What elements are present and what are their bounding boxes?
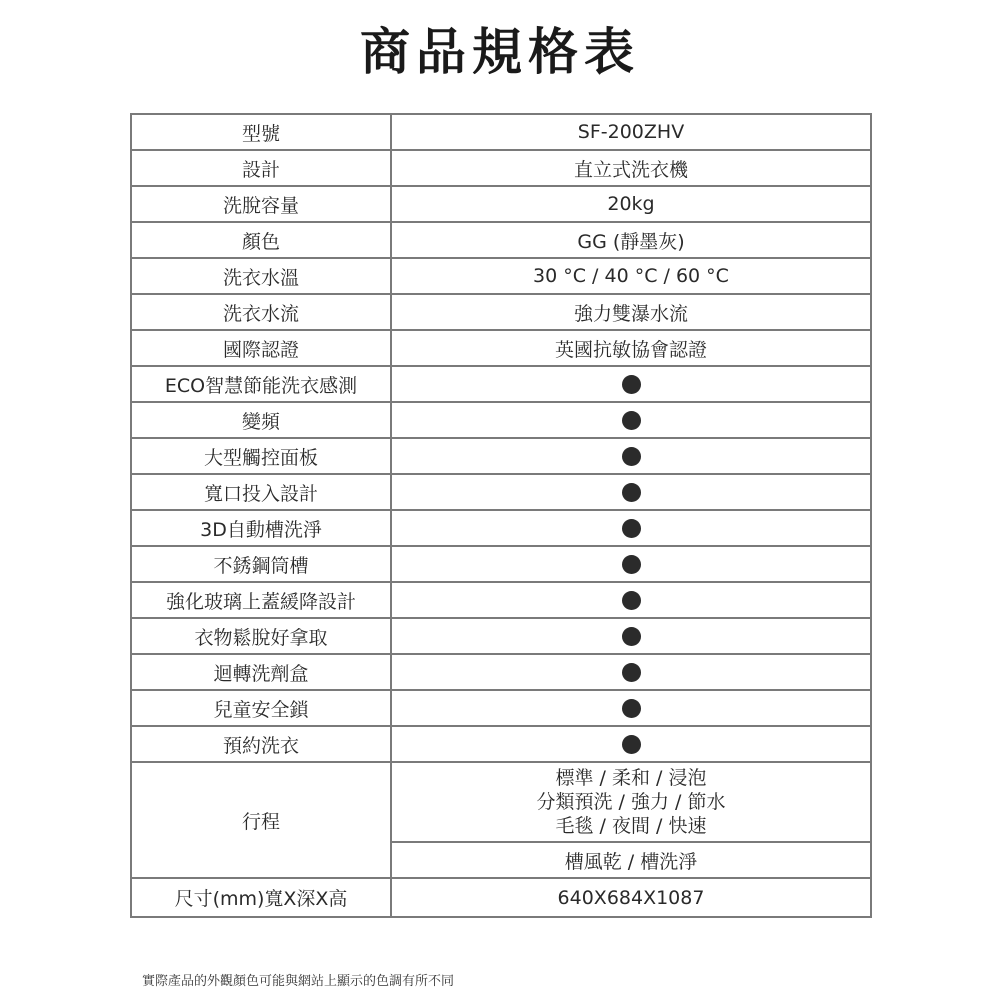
row-label: 洗衣水溫 (131, 258, 391, 294)
row-value (391, 546, 871, 582)
table-row: 設計直立式洗衣機 (131, 150, 871, 186)
filled-circle-icon (622, 411, 641, 430)
table-row: 寬口投入設計 (131, 474, 871, 510)
row-label: 3D自動槽洗淨 (131, 510, 391, 546)
row-label: 變頻 (131, 402, 391, 438)
table-row: 顏色GG (靜墨灰) (131, 222, 871, 258)
table-row: ECO智慧節能洗衣感測 (131, 366, 871, 402)
row-label: 強化玻璃上蓋緩降設計 (131, 582, 391, 618)
table-row: 型號SF-200ZHV (131, 114, 871, 150)
row-value (391, 726, 871, 762)
row-label: 洗衣水流 (131, 294, 391, 330)
filled-circle-icon (622, 663, 641, 682)
table-row: 迴轉洗劑盒 (131, 654, 871, 690)
row-value: SF-200ZHV (391, 114, 871, 150)
row-label: 型號 (131, 114, 391, 150)
row-value: 英國抗敏協會認證 (391, 330, 871, 366)
filled-circle-icon (622, 483, 641, 502)
row-value (391, 474, 871, 510)
row-value: 640X684X1087 (391, 878, 871, 917)
page-title: 商品規格表 (0, 12, 1000, 84)
table-row-cycle: 行程 標準 / 柔和 / 浸泡 分類預洗 / 強力 / 節水 毛毯 / 夜間 /… (131, 762, 871, 842)
filled-circle-icon (622, 555, 641, 574)
row-label: 不銹鋼筒槽 (131, 546, 391, 582)
row-value (391, 690, 871, 726)
table-row: 不銹鋼筒槽 (131, 546, 871, 582)
row-label: 大型觸控面板 (131, 438, 391, 474)
cycle-line: 標準 / 柔和 / 浸泡 (392, 766, 870, 790)
cycle-modes: 標準 / 柔和 / 浸泡 分類預洗 / 強力 / 節水 毛毯 / 夜間 / 快速 (391, 762, 871, 842)
filled-circle-icon (622, 699, 641, 718)
row-value (391, 582, 871, 618)
row-label: 顏色 (131, 222, 391, 258)
table-row: 洗脫容量20kg (131, 186, 871, 222)
row-value (391, 510, 871, 546)
row-label: ECO智慧節能洗衣感測 (131, 366, 391, 402)
table-row: 國際認證英國抗敏協會認證 (131, 330, 871, 366)
cycle-extra: 槽風乾 / 槽洗淨 (391, 842, 871, 878)
row-label: 洗脫容量 (131, 186, 391, 222)
row-value: 強力雙瀑水流 (391, 294, 871, 330)
row-label: 設計 (131, 150, 391, 186)
row-label: 寬口投入設計 (131, 474, 391, 510)
row-label: 行程 (131, 762, 391, 878)
table-row: 兒童安全鎖 (131, 690, 871, 726)
table-row: 變頻 (131, 402, 871, 438)
row-label: 衣物鬆脫好拿取 (131, 618, 391, 654)
table-row: 大型觸控面板 (131, 438, 871, 474)
filled-circle-icon (622, 519, 641, 538)
cycle-line: 分類預洗 / 強力 / 節水 (392, 790, 870, 814)
row-value: GG (靜墨灰) (391, 222, 871, 258)
filled-circle-icon (622, 447, 641, 466)
row-value (391, 618, 871, 654)
row-value: 20kg (391, 186, 871, 222)
row-value (391, 366, 871, 402)
table-row: 強化玻璃上蓋緩降設計 (131, 582, 871, 618)
table-row: 衣物鬆脫好拿取 (131, 618, 871, 654)
table-row: 洗衣水流強力雙瀑水流 (131, 294, 871, 330)
row-value (391, 402, 871, 438)
row-value (391, 654, 871, 690)
row-value: 30 °C / 40 °C / 60 °C (391, 258, 871, 294)
table-row: 3D自動槽洗淨 (131, 510, 871, 546)
filled-circle-icon (622, 735, 641, 754)
cycle-line: 毛毯 / 夜間 / 快速 (392, 814, 870, 838)
row-value: 直立式洗衣機 (391, 150, 871, 186)
row-label: 預約洗衣 (131, 726, 391, 762)
table-row: 洗衣水溫30 °C / 40 °C / 60 °C (131, 258, 871, 294)
disclaimer-note: 實際產品的外觀顏色可能與網站上顯示的色調有所不同 (142, 970, 454, 989)
row-value (391, 438, 871, 474)
row-label: 兒童安全鎖 (131, 690, 391, 726)
row-label: 國際認證 (131, 330, 391, 366)
spec-table: 型號SF-200ZHV設計直立式洗衣機洗脫容量20kg顏色GG (靜墨灰)洗衣水… (130, 113, 872, 918)
filled-circle-icon (622, 591, 641, 610)
row-label: 尺寸(mm)寬X深X高 (131, 878, 391, 917)
table-row: 預約洗衣 (131, 726, 871, 762)
filled-circle-icon (622, 627, 641, 646)
table-row-dimensions: 尺寸(mm)寬X深X高 640X684X1087 (131, 878, 871, 917)
filled-circle-icon (622, 375, 641, 394)
row-label: 迴轉洗劑盒 (131, 654, 391, 690)
